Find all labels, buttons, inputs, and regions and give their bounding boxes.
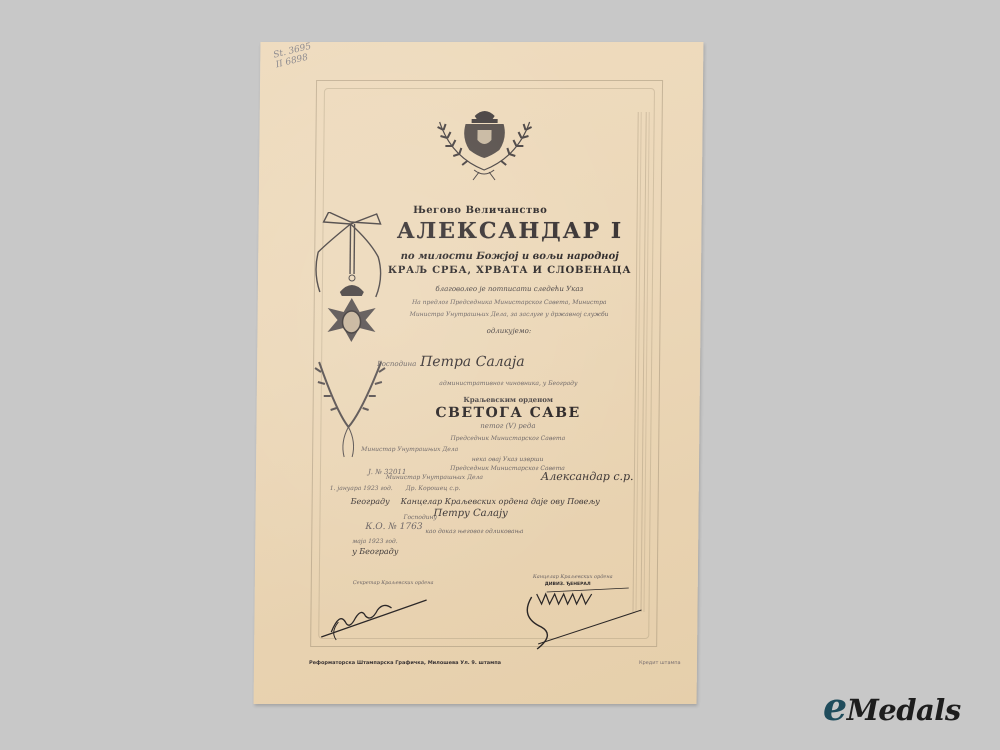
- emedals-watermark-logo: eMedals: [823, 684, 961, 729]
- decree-text-line-1: На предлог Председника Министарског Саве…: [318, 299, 701, 306]
- decree-word: одликујемо:: [317, 327, 700, 335]
- decree-place: Београду: [351, 497, 390, 506]
- decree-intro: благоволео је потписати следећи Указ: [318, 285, 701, 293]
- decree-number: Ј. № 32011: [368, 468, 406, 476]
- registry-place: у Београду: [352, 547, 398, 556]
- header-by-grace-of-god: по милости Божјој и вољи народној: [318, 251, 701, 262]
- chancellor-statement: Канцелар Краљевских ордена даје ову Пове…: [401, 497, 600, 506]
- order-name: СВЕТОГА САВЕ: [316, 405, 699, 421]
- header-kingdom-title: КРАЉ СРБА, ХРВАТА И СЛОВЕНАЦА: [318, 265, 701, 276]
- seal-note: Др. Корошец с.р.: [406, 485, 461, 492]
- recipient-title: административног чиновника, у Београду: [317, 380, 700, 387]
- countersign-line-2: Министар Унутрашњих Дела: [361, 446, 458, 453]
- decree-date: 1. јануара 1923 год.: [330, 485, 393, 492]
- printer-imprint: Реформаторска Штампарска Графичка, Милош…: [309, 660, 501, 666]
- chancellor-recipient-salutation: Господину: [403, 514, 437, 521]
- header-king-name: АЛЕКСАНДАР I: [318, 218, 701, 244]
- diploma-document: St. 3695 II 6898: [254, 42, 704, 704]
- order-prefix: Краљевским орденом: [317, 395, 700, 404]
- order-class: петог (V) реда: [316, 422, 699, 430]
- recipient-name: Петра Салаја: [420, 354, 525, 370]
- chancellor-label: Канцелар Краљевских ордена: [533, 574, 613, 580]
- order-registry-number: К.О. № 1763: [365, 522, 422, 532]
- registry-date: маја 1923 год.: [352, 538, 398, 545]
- printer-imprint-right: Кредит штампа: [639, 660, 681, 666]
- header-his-majesty: Његово Величанство: [259, 205, 702, 216]
- recipient-salutation: Господина: [377, 360, 416, 368]
- king-signature: Александар с.р.: [541, 470, 634, 483]
- chancellor-recipient: Петру Салају: [433, 508, 507, 519]
- pencil-inventory-note: St. 3695 II 6898: [273, 42, 315, 71]
- chancellor-signature-icon: [516, 582, 647, 652]
- countersign-line-3: нека овај Указ изврши: [316, 456, 699, 463]
- proof-line: као доказ његовог одликовања: [425, 528, 523, 535]
- secretary-label: Секретар Краљевских ордена: [353, 580, 434, 586]
- secretary-signature-icon: [316, 592, 437, 642]
- decree-text-line-2: Министра Унутрашњих Дела, за заслуге у д…: [318, 311, 701, 318]
- coat-of-arms-icon: [429, 102, 540, 182]
- countersign-line-1: Председник Министарског Савета: [316, 435, 699, 442]
